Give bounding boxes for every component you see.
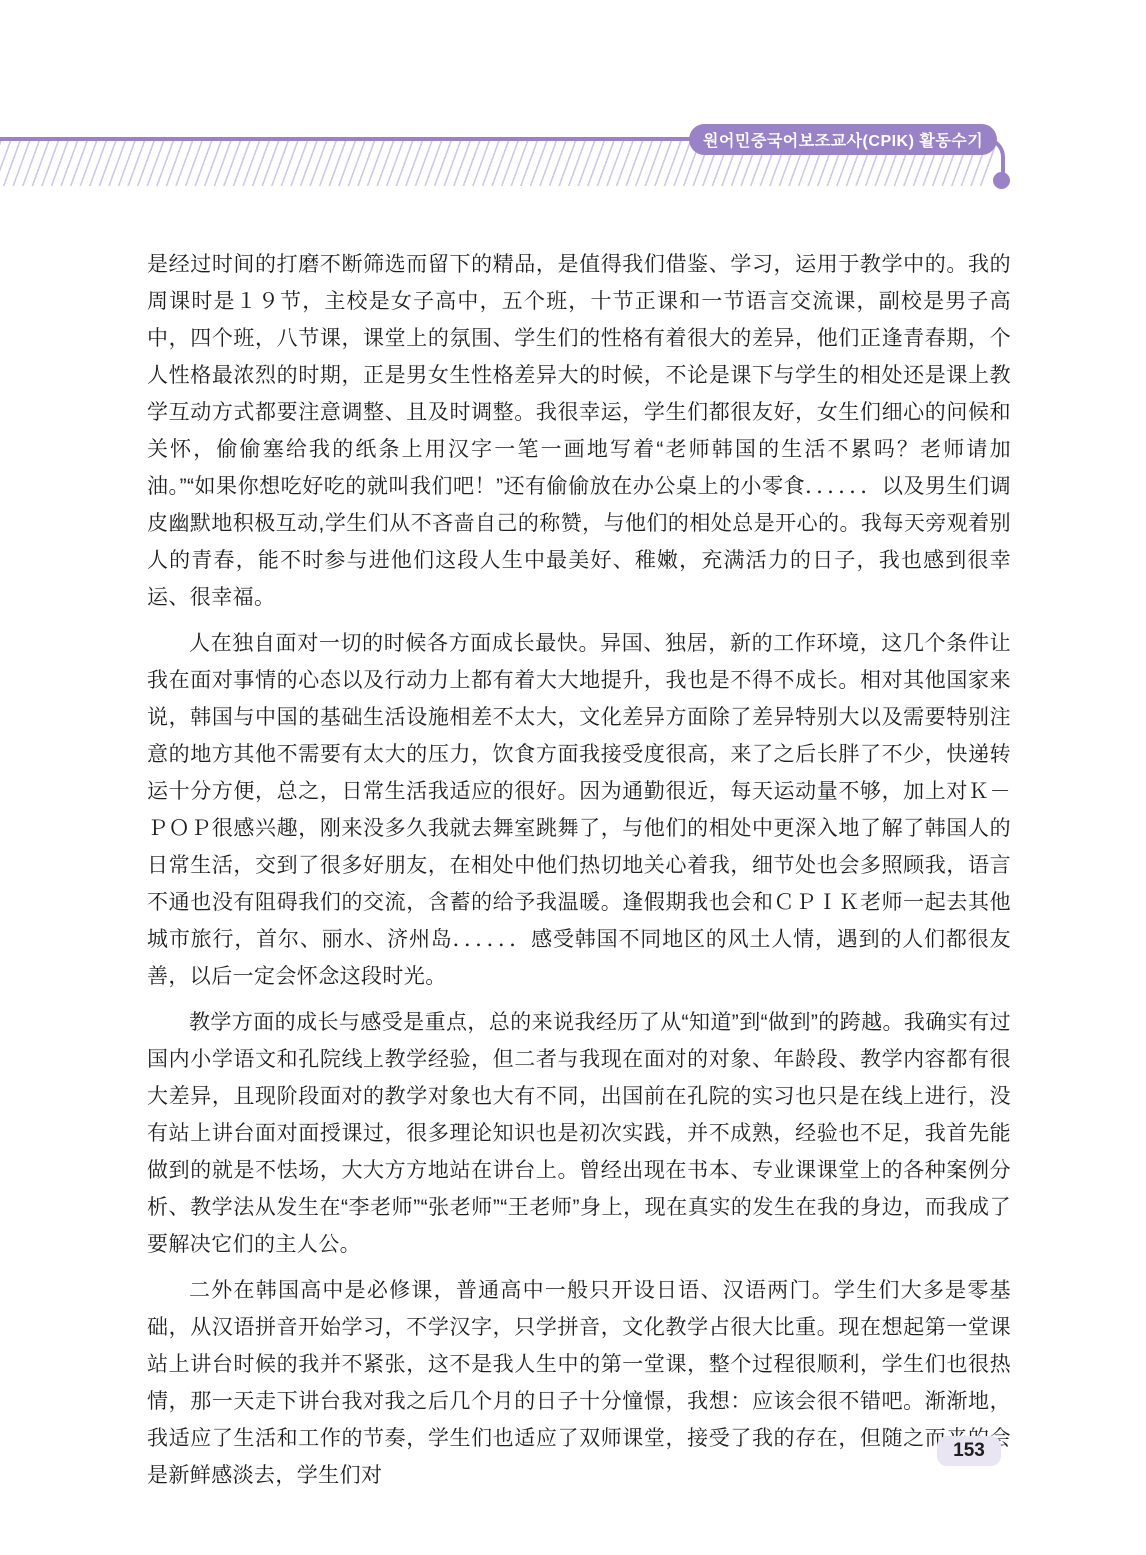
chapter-badge-label: 원어민중국어보조교사(CPIK) 활동수기 — [703, 128, 983, 151]
paragraph-1: 是经过时间的打磨不断筛选而留下的精品，是值得我们借鉴、学习，运用于教学中的。我的… — [147, 246, 1011, 616]
book-page: 원어민중국어보조교사(CPIK) 활동수기 是经过时间的打磨不断筛选而留下的精品… — [0, 0, 1146, 1555]
paragraph-4: 二外在韩国高中是必修课，普通高中一般只开设日语、汉语两门。学生们大多是零基础，从… — [147, 1272, 1011, 1494]
page-number-badge: 153 — [937, 1436, 1001, 1466]
chapter-badge: 원어민중국어보조교사(CPIK) 활동수기 — [689, 124, 997, 155]
page-number-value: 153 — [953, 1440, 985, 1462]
article-body: 是经过时间的打磨不断筛选而留下的精品，是值得我们借鉴、学习，运用于教学中的。我的… — [147, 246, 1011, 1503]
paragraph-3: 教学方面的成长与感受是重点，总的来说我经历了从“知道”到“做到”的跨越。我确实有… — [147, 1004, 1011, 1263]
paragraph-2: 人在独自面对一切的时候各方面成长最快。异国、独居，新的工作环境，这几个条件让我在… — [147, 625, 1011, 995]
header-rule-end-dot — [993, 172, 1010, 189]
